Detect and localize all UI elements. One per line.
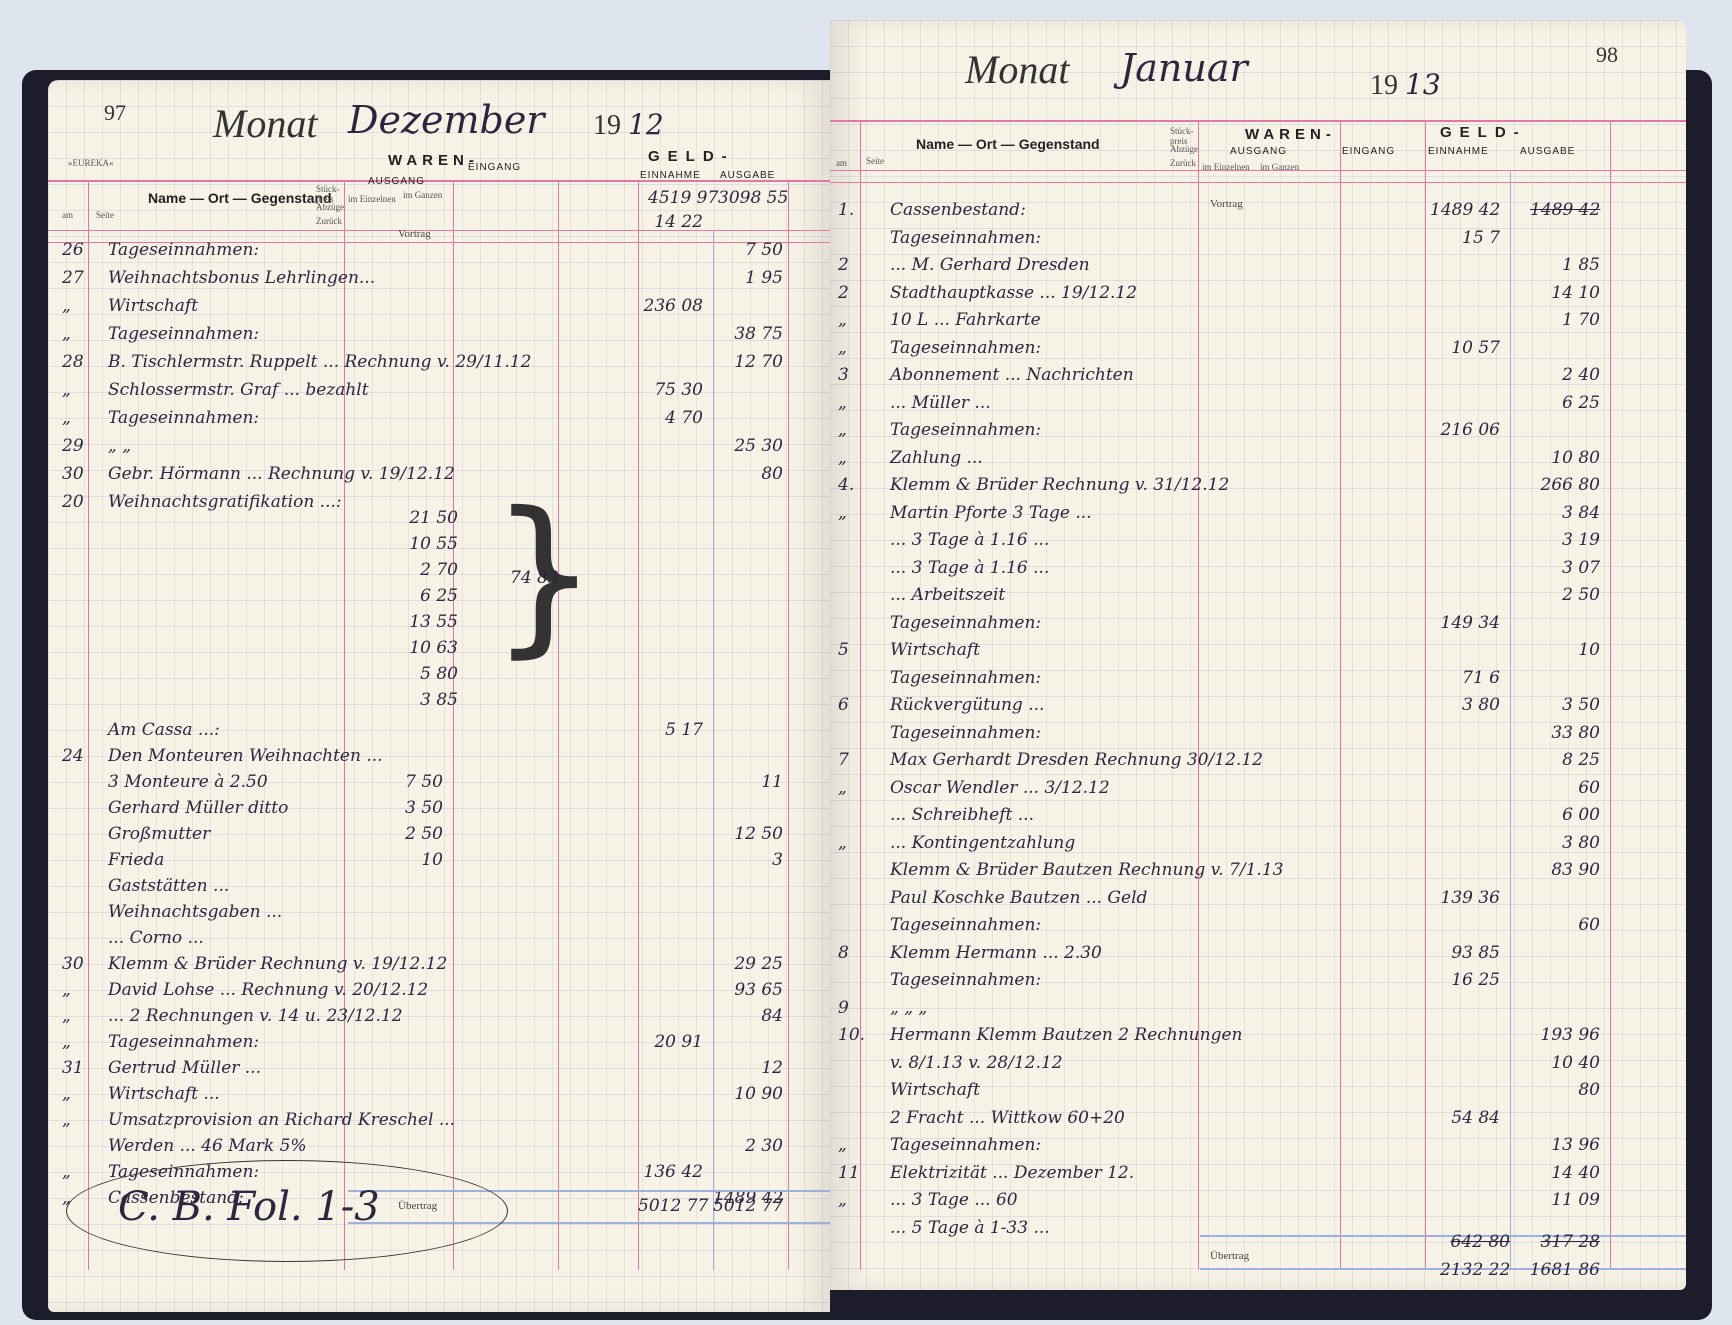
row-day: 26 bbox=[62, 240, 84, 260]
header-ausgabe: AUSGABE bbox=[720, 170, 775, 181]
row-text: ... Arbeitszeit bbox=[890, 585, 1005, 605]
row-text: Martin Pforte 3 Tage ... bbox=[890, 503, 1092, 523]
row-text: Elektrizität ... Dezember 12. bbox=[890, 1163, 1134, 1183]
row-ausgabe: 38 75 bbox=[713, 324, 783, 344]
row-text: Klemm & Brüder Bautzen Rechnung v. 7/1.1… bbox=[890, 860, 1283, 880]
row-day: 8 bbox=[838, 943, 849, 963]
row-text: Tageseinnahmen: bbox=[890, 668, 1041, 688]
row-text: Klemm & Brüder Rechnung v. 19/12.12 bbox=[108, 954, 447, 974]
row-day: „ bbox=[62, 324, 71, 344]
vortrag-label: Vortrag bbox=[398, 228, 431, 240]
row-text: Tageseinnahmen: bbox=[108, 240, 259, 260]
year-prefix: 19 bbox=[1370, 70, 1398, 101]
row-day: 31 bbox=[62, 1058, 84, 1078]
brand-label: »EUREKA« bbox=[68, 158, 114, 168]
row-day: 10. bbox=[838, 1025, 865, 1045]
row-day: 2 bbox=[838, 255, 849, 275]
itemized-total: 74 83 bbox=[510, 568, 580, 588]
row-einnahme: 136 42 bbox=[633, 1162, 703, 1182]
itemized-value: 3 85 bbox=[408, 690, 458, 710]
header-ausgang: AUSGANG bbox=[1230, 146, 1287, 157]
row-text: B. Tischlermstr. Ruppelt ... Rechnung v.… bbox=[108, 352, 531, 372]
row-einnahme: 139 36 bbox=[1430, 888, 1500, 908]
row-ausgabe: 1 70 bbox=[1530, 310, 1600, 330]
row-text: Stadthauptkasse ... 19/12.12 bbox=[890, 283, 1137, 303]
row-einnahme: 75 30 bbox=[633, 380, 703, 400]
row-text: Wirtschaft bbox=[890, 1080, 980, 1100]
header-im-einzelnen: im Einzelnen bbox=[348, 194, 396, 204]
itemized-value: 6 25 bbox=[408, 586, 458, 606]
uebertrag-label: Übertrag bbox=[1210, 1250, 1249, 1262]
itemized-value: 5 80 bbox=[408, 664, 458, 684]
itemized-value: 21 50 bbox=[408, 508, 458, 528]
row-text: ... 3 Tage à 1.16 ... bbox=[890, 530, 1049, 550]
row-ausgabe: 11 bbox=[713, 772, 783, 792]
row-text: Gaststätten ... bbox=[108, 876, 229, 896]
header-waren: WAREN- bbox=[388, 152, 479, 169]
row-einnahme: 1489 42 bbox=[1430, 200, 1500, 220]
monat-label: Monat bbox=[213, 100, 317, 147]
row-einnahme: 54 84 bbox=[1430, 1108, 1500, 1128]
row-day: 7 bbox=[838, 750, 849, 770]
row-text: Max Gerhardt Dresden Rechnung 30/12.12 bbox=[890, 750, 1263, 770]
header-im-einzelnen: im Einzelnen bbox=[1202, 162, 1250, 172]
row-day: „ bbox=[62, 1032, 71, 1052]
row-day: 6 bbox=[838, 695, 849, 715]
vortrag-label: Vortrag bbox=[1210, 198, 1243, 210]
row-text: Wirtschaft bbox=[890, 640, 980, 660]
row-day: 30 bbox=[62, 954, 84, 974]
row-ausgabe: 3 07 bbox=[1530, 558, 1600, 578]
header-einnahme: EINNAHME bbox=[640, 170, 701, 181]
row-einnahme: 10 57 bbox=[1430, 338, 1500, 358]
row-ausgabe: 12 70 bbox=[713, 352, 783, 372]
row-text: Werden ... 46 Mark 5% bbox=[108, 1136, 307, 1156]
signature-text: C. B. Fol. 1-3 bbox=[118, 1184, 380, 1230]
row-text: ... Müller ... bbox=[890, 393, 991, 413]
row-text: Tageseinnahmen: bbox=[108, 408, 259, 428]
row-ausgabe: 3 50 bbox=[1530, 695, 1600, 715]
row-day: „ bbox=[62, 1162, 71, 1182]
row-ausgabe: 2 40 bbox=[1530, 365, 1600, 385]
uebertrag-ausgabe: 5012 77 bbox=[713, 1196, 783, 1216]
row-text: „ „ bbox=[108, 436, 131, 456]
row-ausgabe: 93 65 bbox=[713, 980, 783, 1000]
row-ausgabe: 83 90 bbox=[1530, 860, 1600, 880]
row-einnahme: 5 17 bbox=[633, 720, 703, 740]
row-day: „ bbox=[838, 420, 847, 440]
row-ausgabe: 1 85 bbox=[1530, 255, 1600, 275]
row-day: 1. bbox=[838, 200, 854, 220]
row-einnahme: 14 22 bbox=[633, 212, 703, 232]
header-seite: Seite bbox=[96, 210, 114, 220]
row-einnahme: 16 25 bbox=[1430, 970, 1500, 990]
row-text: Tageseinnahmen: bbox=[890, 338, 1041, 358]
row-text: Tageseinnahmen: bbox=[890, 613, 1041, 633]
row-text: Tageseinnahmen: bbox=[108, 324, 259, 344]
row-ausgabe: 1 95 bbox=[713, 268, 783, 288]
row-text: Am Cassa ...: bbox=[108, 720, 220, 740]
row-text: Tageseinnahmen: bbox=[890, 970, 1041, 990]
row-ausgabe: 266 80 bbox=[1530, 475, 1600, 495]
row-day: „ bbox=[838, 448, 847, 468]
year-suffix: 13 bbox=[1405, 68, 1441, 101]
row-ausgabe: 10 80 bbox=[1530, 448, 1600, 468]
row-ausgabe: 13 96 bbox=[1530, 1135, 1600, 1155]
row-ausgabe: 10 bbox=[1530, 640, 1600, 660]
row-text: v. 8/1.13 v. 28/12.12 bbox=[890, 1053, 1063, 1073]
row-text: Weihnachtsgaben ... bbox=[108, 902, 282, 922]
uebertrag-einnahme: 5012 77 bbox=[638, 1196, 708, 1216]
month-name: Januar bbox=[1120, 46, 1248, 90]
row-text: Gertrud Müller ... bbox=[108, 1058, 261, 1078]
header-geld: GELD- bbox=[1440, 124, 1527, 141]
year-prefix: 19 bbox=[593, 110, 621, 141]
vortrag-ausgabe: 3098 55 bbox=[718, 188, 780, 208]
row-day: 2 bbox=[838, 283, 849, 303]
row-sub-amount: 10 bbox=[393, 850, 443, 870]
row-text: Tageseinnahmen: bbox=[108, 1032, 259, 1052]
row-text: Paul Koschke Bautzen ... Geld bbox=[890, 888, 1147, 908]
row-day: „ bbox=[838, 1135, 847, 1155]
row-einnahme: 3 80 bbox=[1430, 695, 1500, 715]
row-ausgabe: 14 10 bbox=[1530, 283, 1600, 303]
header-am: am bbox=[836, 158, 847, 168]
header-ausgang: AUSGANG bbox=[368, 176, 425, 187]
row-ausgabe: 84 bbox=[713, 1006, 783, 1026]
row-text: Großmutter bbox=[108, 824, 210, 844]
row-text: David Lohse ... Rechnung v. 20/12.12 bbox=[108, 980, 428, 1000]
row-ausgabe: 11 09 bbox=[1530, 1190, 1600, 1210]
header-stueckpreis: Stück-preis bbox=[316, 184, 346, 204]
row-text: Tageseinnahmen: bbox=[890, 723, 1041, 743]
row-ausgabe: 7 50 bbox=[713, 240, 783, 260]
row-text: ... Corno ... bbox=[108, 928, 204, 948]
row-text: Cassenbestand: bbox=[890, 200, 1026, 220]
row-ausgabe: 2 50 bbox=[1530, 585, 1600, 605]
row-day: 3 bbox=[838, 365, 849, 385]
row-text: Klemm & Brüder Rechnung v. 31/12.12 bbox=[890, 475, 1229, 495]
row-day: „ bbox=[838, 310, 847, 330]
itemized-value: 2 70 bbox=[408, 560, 458, 580]
row-day: „ bbox=[838, 778, 847, 798]
row-text: Gebr. Hörmann ... Rechnung v. 19/12.12 bbox=[108, 464, 455, 484]
row-day: „ bbox=[62, 296, 71, 316]
year-suffix: 12 bbox=[628, 108, 664, 141]
ledger-page-right: 98 Monat Januar 19 13 am Seite Name — Or… bbox=[830, 20, 1686, 1290]
row-text: „ „ „ bbox=[890, 998, 927, 1018]
row-day: 24 bbox=[62, 746, 84, 766]
header-waren: WAREN- bbox=[1245, 126, 1336, 143]
row-text: Weihnachtsgratifikation ...: bbox=[108, 492, 342, 512]
row-text: ... M. Gerhard Dresden bbox=[890, 255, 1090, 275]
row-ausgabe: 10 40 bbox=[1530, 1053, 1600, 1073]
row-day: „ bbox=[838, 393, 847, 413]
row-sub-amount: 3 50 bbox=[393, 798, 443, 818]
row-text: Zahlung ... bbox=[890, 448, 983, 468]
row-ausgabe: 29 25 bbox=[713, 954, 783, 974]
uebertrag-einnahme-struck: 642 80 bbox=[1440, 1232, 1510, 1252]
row-day: „ bbox=[62, 1110, 71, 1130]
row-text: Oscar Wendler ... 3/12.12 bbox=[890, 778, 1110, 798]
row-text: Wirtschaft bbox=[108, 296, 198, 316]
row-text: Frieda bbox=[108, 850, 164, 870]
row-ausgabe: 3 bbox=[713, 850, 783, 870]
row-sub-amount: 7 50 bbox=[393, 772, 443, 792]
row-ausgabe: 10 90 bbox=[713, 1084, 783, 1104]
row-day: „ bbox=[62, 1006, 71, 1026]
row-day: „ bbox=[838, 1190, 847, 1210]
row-day: 9 bbox=[838, 998, 849, 1018]
row-text: ... 3 Tage à 1.16 ... bbox=[890, 558, 1049, 578]
row-ausgabe: 25 30 bbox=[713, 436, 783, 456]
header-name-ort-gegenstand: Name — Ort — Gegenstand bbox=[916, 136, 1100, 152]
uebertrag-ausgabe-struck: 317 28 bbox=[1520, 1232, 1600, 1252]
header-ausgabe: AUSGABE bbox=[1520, 146, 1575, 157]
row-ausgabe: 193 96 bbox=[1530, 1025, 1600, 1045]
row-day: 20 bbox=[62, 492, 84, 512]
itemized-value: 10 63 bbox=[408, 638, 458, 658]
header-seite: Seite bbox=[866, 156, 884, 166]
row-ausgabe: 6 00 bbox=[1530, 805, 1600, 825]
row-einnahme: 20 91 bbox=[633, 1032, 703, 1052]
row-text: 10 L ... Fahrkarte bbox=[890, 310, 1041, 330]
row-text: Weihnachtsbonus Lehrlingen... bbox=[108, 268, 375, 288]
itemized-value: 10 55 bbox=[408, 534, 458, 554]
row-einnahme: 15 7 bbox=[1430, 228, 1500, 248]
header-am: am bbox=[62, 210, 73, 220]
itemized-value: 13 55 bbox=[408, 612, 458, 632]
row-ausgabe: 60 bbox=[1530, 778, 1600, 798]
row-text: 2 Fracht ... Wittkow 60+20 bbox=[890, 1108, 1125, 1128]
row-ausgabe: 80 bbox=[713, 464, 783, 484]
row-text: Tageseinnahmen: bbox=[890, 420, 1041, 440]
uebertrag-ausgabe: 1681 86 bbox=[1520, 1260, 1600, 1280]
row-day: „ bbox=[838, 338, 847, 358]
row-text: Abonnement ... Nachrichten bbox=[890, 365, 1134, 385]
row-day: 29 bbox=[62, 436, 84, 456]
row-ausgabe: 14 40 bbox=[1530, 1163, 1600, 1183]
vortrag-einnahme: 4519 97 bbox=[648, 188, 708, 208]
row-ausgabe: 1489 42 bbox=[1530, 200, 1600, 220]
row-day: 30 bbox=[62, 464, 84, 484]
row-text: Tageseinnahmen: bbox=[890, 915, 1041, 935]
row-text: ... 3 Tage ... 60 bbox=[890, 1190, 1018, 1210]
row-day: „ bbox=[838, 503, 847, 523]
row-day: 27 bbox=[62, 268, 84, 288]
row-text: Wirtschaft ... bbox=[108, 1084, 220, 1104]
header-im-ganzen: im Ganzen bbox=[403, 190, 442, 200]
monat-label: Monat bbox=[965, 46, 1069, 93]
row-day: „ bbox=[62, 408, 71, 428]
row-day: „ bbox=[62, 1084, 71, 1104]
row-day: 4. bbox=[838, 475, 854, 495]
row-day: „ bbox=[838, 833, 847, 853]
row-day: 5 bbox=[838, 640, 849, 660]
row-text: Klemm Hermann ... 2.30 bbox=[890, 943, 1102, 963]
row-einnahme: 71 6 bbox=[1430, 668, 1500, 688]
row-ausgabe: 12 50 bbox=[713, 824, 783, 844]
page-number: 97 bbox=[104, 100, 126, 126]
row-text: ... 5 Tage à 1-33 ... bbox=[890, 1218, 1050, 1238]
row-day: 11 bbox=[838, 1163, 860, 1183]
row-ausgabe: 3 84 bbox=[1530, 503, 1600, 523]
header-eingang: EINGANG bbox=[468, 162, 521, 173]
row-einnahme: 236 08 bbox=[633, 296, 703, 316]
row-day: „ bbox=[62, 380, 71, 400]
row-text: ... 2 Rechnungen v. 14 u. 23/12.12 bbox=[108, 1006, 403, 1026]
row-text: Umsatzprovision an Richard Kreschel ... bbox=[108, 1110, 455, 1130]
row-einnahme: 149 34 bbox=[1430, 613, 1500, 633]
row-text: Tageseinnahmen: bbox=[890, 1135, 1041, 1155]
row-einnahme: 4 70 bbox=[633, 408, 703, 428]
header-geld: GELD- bbox=[648, 148, 735, 165]
header-abzuege: Abzüge bbox=[1170, 144, 1198, 154]
row-ausgabe: 12 bbox=[713, 1058, 783, 1078]
month-name: Dezember bbox=[348, 98, 544, 142]
row-ausgabe: 60 bbox=[1530, 915, 1600, 935]
uebertrag-einnahme: 2132 22 bbox=[1440, 1260, 1510, 1280]
row-ausgabe: 33 80 bbox=[1530, 723, 1600, 743]
header-stueckpreis: Stück-preis bbox=[1170, 126, 1198, 146]
row-text: ... Kontingentzahlung bbox=[890, 833, 1075, 853]
row-day: „ bbox=[62, 980, 71, 1000]
row-sub-amount: 2 50 bbox=[393, 824, 443, 844]
header-im-ganzen: im Ganzen bbox=[1260, 162, 1299, 172]
row-einnahme: 93 85 bbox=[1430, 943, 1500, 963]
row-ausgabe: 2 30 bbox=[713, 1136, 783, 1156]
header-zurueck: Zurück bbox=[1170, 158, 1196, 168]
row-ausgabe: 3 19 bbox=[1530, 530, 1600, 550]
ledger-page-left: 97 Monat Dezember 19 12 »EUREKA« am Seit… bbox=[48, 80, 830, 1312]
header-name-ort-gegenstand: Name — Ort — Gegenstand bbox=[148, 190, 332, 206]
row-ausgabe: 8 25 bbox=[1530, 750, 1600, 770]
row-text: Tageseinnahmen: bbox=[890, 228, 1041, 248]
row-ausgabe: 6 25 bbox=[1530, 393, 1600, 413]
page-number: 98 bbox=[1596, 42, 1618, 68]
row-text: Hermann Klemm Bautzen 2 Rechnungen bbox=[890, 1025, 1242, 1045]
row-text: ... Schreibheft ... bbox=[890, 805, 1034, 825]
row-einnahme: 216 06 bbox=[1430, 420, 1500, 440]
row-text: Schlossermstr. Graf ... bezahlt bbox=[108, 380, 369, 400]
row-text: 3 Monteure à 2.50 bbox=[108, 772, 268, 792]
row-ausgabe: 80 bbox=[1530, 1080, 1600, 1100]
header-eingang: EINGANG bbox=[1342, 146, 1395, 157]
row-day: 28 bbox=[62, 352, 84, 372]
row-ausgabe: 3 80 bbox=[1530, 833, 1600, 853]
header-abzuege: Abzüge bbox=[316, 202, 344, 212]
row-text: Gerhard Müller ditto bbox=[108, 798, 288, 818]
header-zurueck: Zurück bbox=[316, 216, 342, 226]
header-einnahme: EINNAHME bbox=[1428, 146, 1489, 157]
row-text: Rückvergütung ... bbox=[890, 695, 1044, 715]
row-text: Den Monteuren Weihnachten ... bbox=[108, 746, 383, 766]
